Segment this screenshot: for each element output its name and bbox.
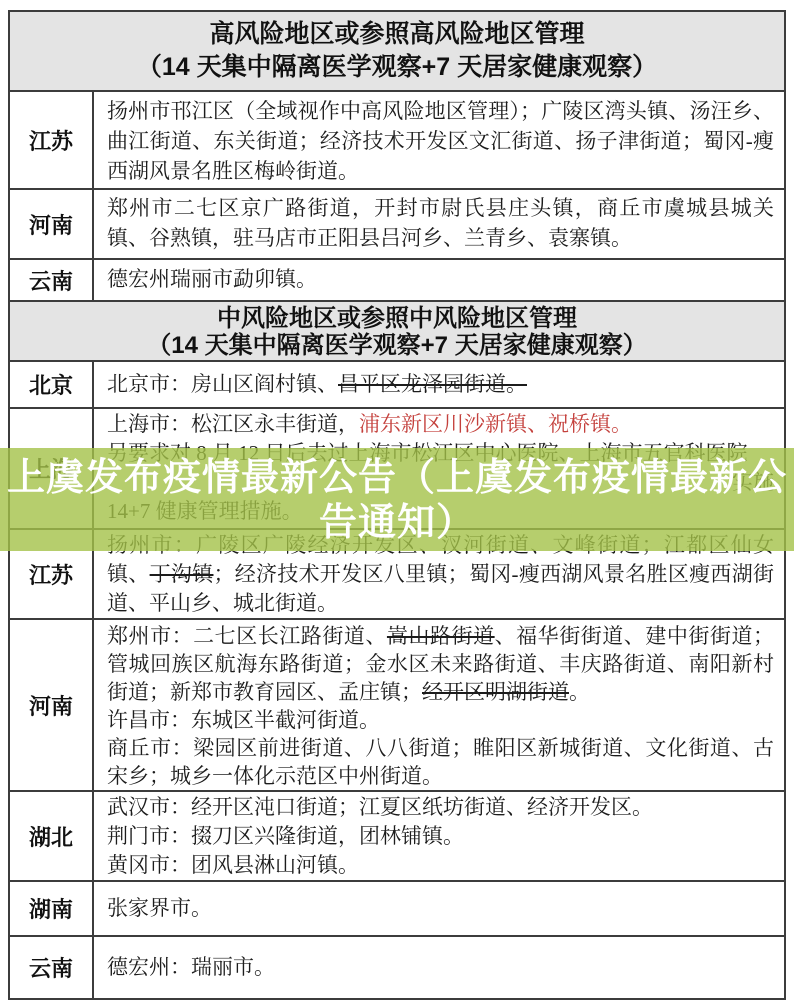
table-row-henan-mid: 河南 郑州市：二七区长江路街道、嵩山路街道、福华街街道、建中街街道；管城回族区航… xyxy=(10,618,784,790)
province-cell: 江苏 xyxy=(10,92,94,188)
province-cell: 河南 xyxy=(10,190,94,258)
shanghai-line1: 上海市：松江区永丰街道，浦东新区川沙新镇、祝桥镇。 xyxy=(107,410,774,439)
region-cell: 扬州市邗江区（全域视作中高风险地区管理）；广陵区湾头镇、汤汪乡、曲江街道、东关街… xyxy=(94,92,784,188)
table-row-yunnan-mid: 云南 德宏州：瑞丽市。 xyxy=(10,935,784,998)
region-cell: 郑州市：二七区长江路街道、嵩山路街道、福华街街道、建中街街道；管城回族区航海东路… xyxy=(94,620,784,790)
region-cell: 德宏州瑞丽市勐卯镇。 xyxy=(94,260,784,300)
watermark-title-line1: 上虞发布疫情最新公告（上虞发布疫情最新公 xyxy=(0,456,794,501)
region-text-red: 浦东新区川沙新镇、祝桥镇。 xyxy=(359,412,632,436)
province-cell: 北京 xyxy=(10,362,94,407)
region-text-struck: 昌平区龙泽园街道。 xyxy=(338,372,527,396)
watermark-band: 上虞发布疫情最新公告（上虞发布疫情最新公 告通知） xyxy=(0,448,794,551)
region-text: 。 xyxy=(569,680,590,704)
region-text: 郑州市二七区京广路街道，开封市尉氏县庄头镇，商丘市虞城县城关镇、谷熟镇，驻马店市… xyxy=(107,196,774,250)
region-text: 郑州市：二七区长江路街道、 xyxy=(107,624,387,648)
table-row-jiangsu-high: 江苏 扬州市邗江区（全域视作中高风险地区管理）；广陵区湾头镇、汤汪乡、曲江街道、… xyxy=(10,90,784,188)
region-text: 扬州市邗江区（全域视作中高风险地区管理）；广陵区湾头镇、汤汪乡、曲江街道、东关街… xyxy=(107,99,774,183)
watermark-title: 上虞发布疫情最新公告（上虞发布疫情最新公 告通知） xyxy=(0,456,794,546)
hubei-huanggang-entry: 黄冈市：团风县淋山河镇。 xyxy=(107,851,774,880)
province-cell: 云南 xyxy=(10,937,94,998)
mid-risk-header-line2: （14 天集中隔离医学观察+7 天居家健康观察） xyxy=(10,332,784,359)
henan-zhengzhou-entry: 郑州市：二七区长江路街道、嵩山路街道、福华街街道、建中街街道；管城回族区航海东路… xyxy=(107,622,774,706)
region-text-struck: 经开区明湖街道 xyxy=(422,680,569,704)
high-risk-header-line1: 高风险地区或参照高风险地区管理 xyxy=(10,18,784,51)
mid-risk-header-line1: 中风险地区或参照中风险地区管理 xyxy=(10,305,784,332)
watermark-title-line2: 告通知） xyxy=(0,501,794,546)
region-cell: 武汉市：经开区沌口街道；江夏区纸坊街道、经济开发区。 荆门市：掇刀区兴隆街道，团… xyxy=(94,792,784,880)
region-cell: 德宏州：瑞丽市。 xyxy=(94,937,784,998)
henan-xuchang-entry: 许昌市：东城区半截河街道。 xyxy=(107,706,774,734)
province-cell: 河南 xyxy=(10,620,94,790)
region-text-struck: 丁沟镇 xyxy=(150,562,214,586)
high-risk-header: 高风险地区或参照高风险地区管理 （14 天集中隔离医学观察+7 天居家健康观察） xyxy=(10,12,784,90)
table-row-henan-high: 河南 郑州市二七区京广路街道，开封市尉氏县庄头镇，商丘市虞城县城关镇、谷熟镇，驻… xyxy=(10,188,784,258)
province-cell: 云南 xyxy=(10,260,94,300)
region-text-struck: 嵩山路街道 xyxy=(387,624,495,648)
region-cell: 张家界市。 xyxy=(94,882,784,935)
hubei-wuhan-entry: 武汉市：经开区沌口街道；江夏区纸坊街道、经济开发区。 xyxy=(107,793,774,822)
province-cell: 湖南 xyxy=(10,882,94,935)
hubei-jingmen-entry: 荆门市：掇刀区兴隆街道，团林铺镇。 xyxy=(107,822,774,851)
page: 高风险地区或参照高风险地区管理 （14 天集中隔离医学观察+7 天居家健康观察）… xyxy=(0,0,794,1000)
table-row-yunnan-high: 云南 德宏州瑞丽市勐卯镇。 xyxy=(10,258,784,300)
region-cell: 北京市：房山区阎村镇、昌平区龙泽园街道。 xyxy=(94,362,784,407)
region-cell: 郑州市二七区京广路街道，开封市尉氏县庄头镇，商丘市虞城县城关镇、谷熟镇，驻马店市… xyxy=(94,190,784,258)
region-text: 德宏州：瑞丽市。 xyxy=(107,955,275,979)
table-row-hubei: 湖北 武汉市：经开区沌口街道；江夏区纸坊街道、经济开发区。 荆门市：掇刀区兴隆街… xyxy=(10,790,784,880)
table-row-hunan: 湖南 张家界市。 xyxy=(10,880,784,935)
table-row-beijing: 北京 北京市：房山区阎村镇、昌平区龙泽园街道。 xyxy=(10,360,784,407)
region-text: 德宏州瑞丽市勐卯镇。 xyxy=(107,267,317,291)
region-text: 北京市：房山区阎村镇、 xyxy=(107,372,338,396)
mid-risk-header: 中风险地区或参照中风险地区管理 （14 天集中隔离医学观察+7 天居家健康观察） xyxy=(10,300,784,360)
henan-shangqiu-entry: 商丘市：梁园区前进街道、八八街道；睢阳区新城街道、文化街道、古宋乡；城乡一体化示… xyxy=(107,734,774,790)
region-text: 上海市：松江区永丰街道， xyxy=(107,412,359,436)
province-cell: 湖北 xyxy=(10,792,94,880)
region-text: 张家界市。 xyxy=(107,896,212,920)
high-risk-header-line2: （14 天集中隔离医学观察+7 天居家健康观察） xyxy=(10,51,784,84)
